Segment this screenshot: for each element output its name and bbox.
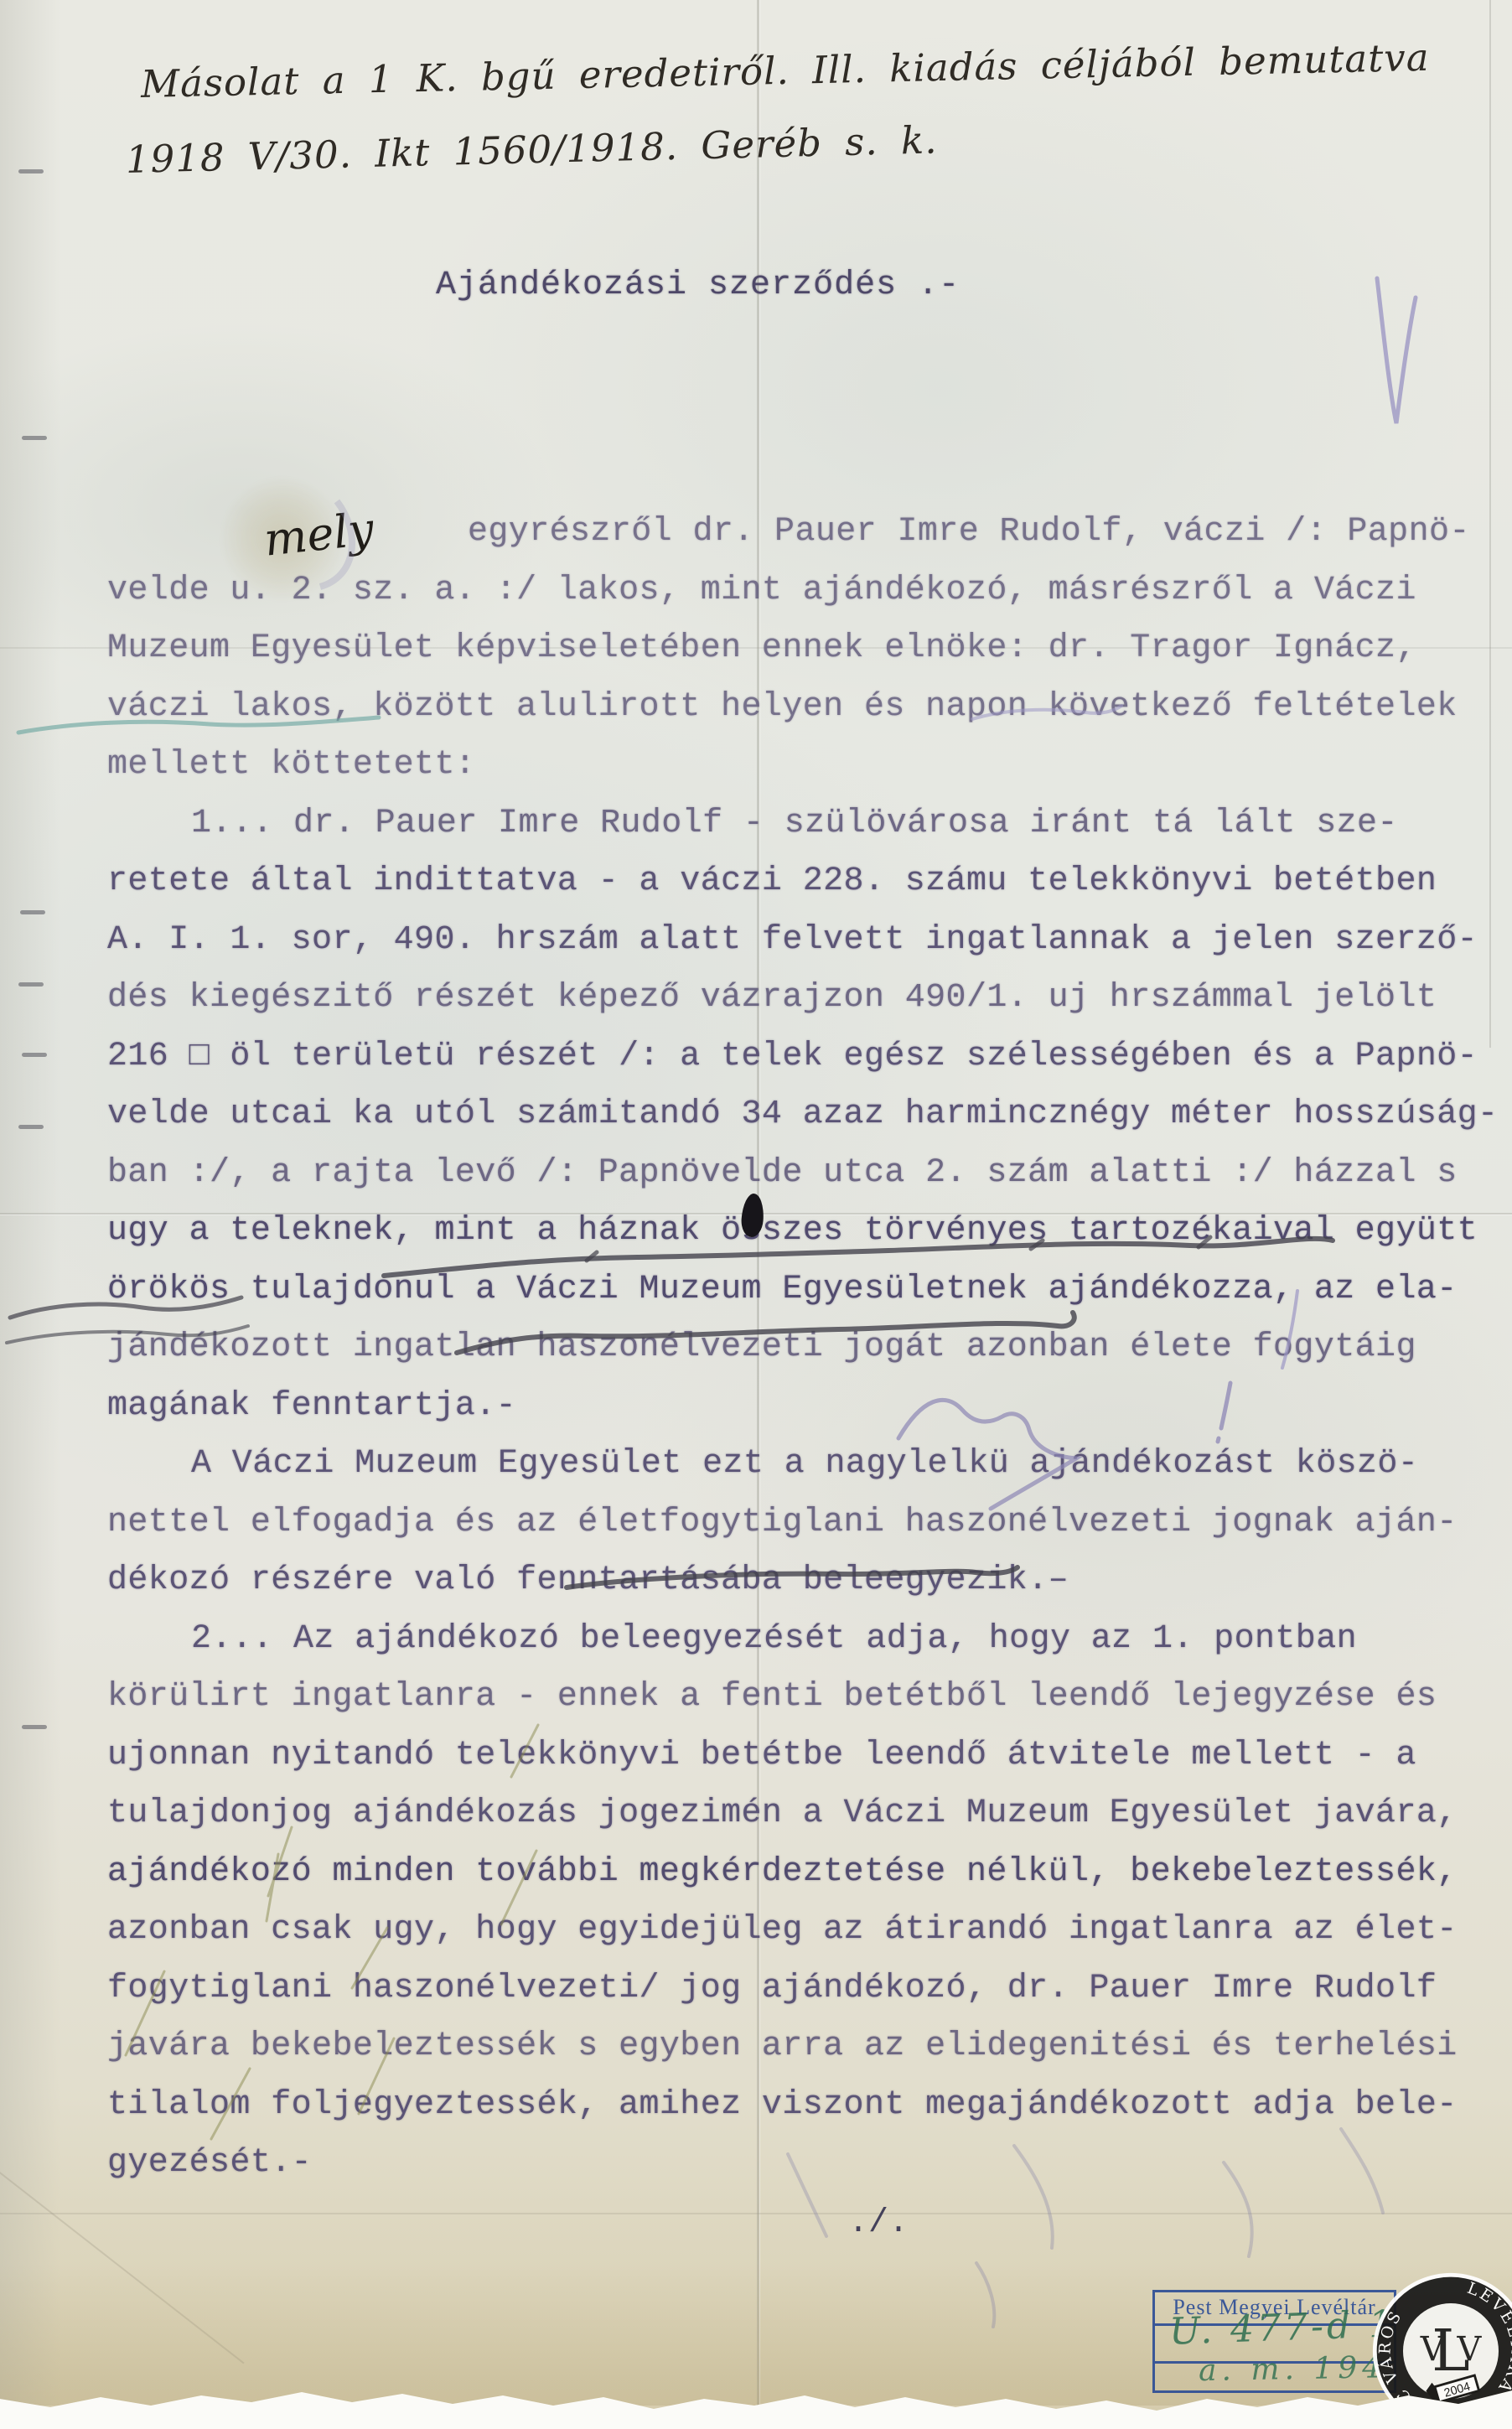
scanned-document-page: Másolat a 1 K. bgű eredetiről. Ill. kiad… xyxy=(0,0,1512,2429)
paper-sheet: Másolat a 1 K. bgű eredetiről. Ill. kiad… xyxy=(0,0,1512,2429)
checkmark-pencil xyxy=(1377,278,1416,423)
right-fold-crease xyxy=(1489,0,1491,1048)
typed-line-7: retete által indittatva - a váczi 228. s… xyxy=(107,852,1448,911)
typed-line-24: ajándékozó minden további megkérdeztetés… xyxy=(107,1843,1448,1902)
typed-line-27: javára bekebeleztessék s egyben arra az … xyxy=(107,2017,1448,2076)
typed-line-28: tilalom foljegyeztessék, amihez viszont … xyxy=(107,2076,1448,2135)
typed-line-5: mellett köttetett: xyxy=(107,736,1448,795)
seal-monogram-l: L xyxy=(1432,2318,1469,2385)
margin-tick xyxy=(22,1725,47,1729)
typed-line-20: 2... Az ajándékozó beleegyezését adja, h… xyxy=(107,1610,1448,1669)
typed-line-25: azonban csak ugy, hogy egyidejüleg az át… xyxy=(107,1901,1448,1960)
typed-line-14: örökös tulajdonul a Váczi Muzeum Egyesül… xyxy=(107,1261,1448,1319)
typed-line-23: tulajdonjog ajándékozás jogezimén a Vácz… xyxy=(107,1784,1448,1843)
margin-tick xyxy=(18,1125,44,1129)
margin-tick xyxy=(18,169,44,173)
top-annotation-line2: 1918 V/30. Ikt 1560/1918. Geréb s. k. xyxy=(125,117,938,182)
margin-tick xyxy=(18,982,44,987)
typed-line-15: jándékozott ingatlan haszonélvezeti jogá… xyxy=(107,1318,1448,1377)
typed-line-2: velde u. 2. sz. a. :/ lakos, mint ajándé… xyxy=(107,562,1448,620)
typed-line-4: váczi lakos, között alulirott helyen és … xyxy=(107,678,1448,737)
typed-line-19: dékozó részére való fenntartásába beleeg… xyxy=(107,1551,1448,1610)
typed-line-12: ban :/, a rajta levő /: Papnövelde utca … xyxy=(107,1144,1448,1203)
typed-line-3: Muzeum Egyesület képviseletében ennek el… xyxy=(107,619,1448,678)
margin-tick xyxy=(20,910,45,914)
typed-line-11: velde utcai ka utól számitandó 34 azaz h… xyxy=(107,1085,1448,1144)
margin-tick xyxy=(22,1053,47,1057)
typed-line-10: 216 □ öl területü részét /: a telek egés… xyxy=(107,1028,1448,1086)
typed-line-18: nettel elfogadja és az életfogytiglani h… xyxy=(107,1494,1448,1552)
typed-line-13: ugy a teleknek, mint a háznak összes tör… xyxy=(107,1202,1448,1261)
document-title: Ajándékozási szerződés .- xyxy=(436,267,960,304)
closing-continuation-mark: ./. xyxy=(848,2204,909,2242)
archive-stamp-code: U. 477-d 1 xyxy=(1168,2302,1396,2353)
typed-line-26: fogytiglani haszonélvezeti/ jog ajándéko… xyxy=(107,1960,1448,2018)
typed-line-21: körülirt ingatlanra - ennek a fenti beté… xyxy=(107,1668,1448,1727)
archive-seal: VÁC VÁROS LEVÉLTÁRA V V L 2004 xyxy=(1371,2271,1512,2429)
typed-body-text: egyrészről dr. Pauer Imre Rudolf, váczi … xyxy=(107,503,1448,2193)
typed-line-1: egyrészről dr. Pauer Imre Rudolf, váczi … xyxy=(107,503,1448,562)
typed-line-6: 1... dr. Pauer Imre Rudolf - szülövárosa… xyxy=(107,795,1448,853)
typed-line-9: dés kiegészitő részét képező vázrajzon 4… xyxy=(107,969,1448,1028)
typed-line-16: magának fenntartja.- xyxy=(107,1377,1448,1436)
typed-line-8: A. I. 1. sor, 490. hrszám alatt felvett … xyxy=(107,911,1448,970)
top-annotation-line1: Másolat a 1 K. bgű eredetiről. Ill. kiad… xyxy=(140,35,1430,106)
typed-line-17: A Váczi Muzeum Egyesület ezt a nagylelkü… xyxy=(107,1435,1448,1494)
margin-tick xyxy=(22,436,47,440)
typed-line-29: gyezését.- xyxy=(107,2134,1448,2193)
typed-line-22: ujonnan nyitandó telekkönyvi betétbe lee… xyxy=(107,1727,1448,1785)
horizontal-fold-crease-lower xyxy=(0,2213,1512,2214)
